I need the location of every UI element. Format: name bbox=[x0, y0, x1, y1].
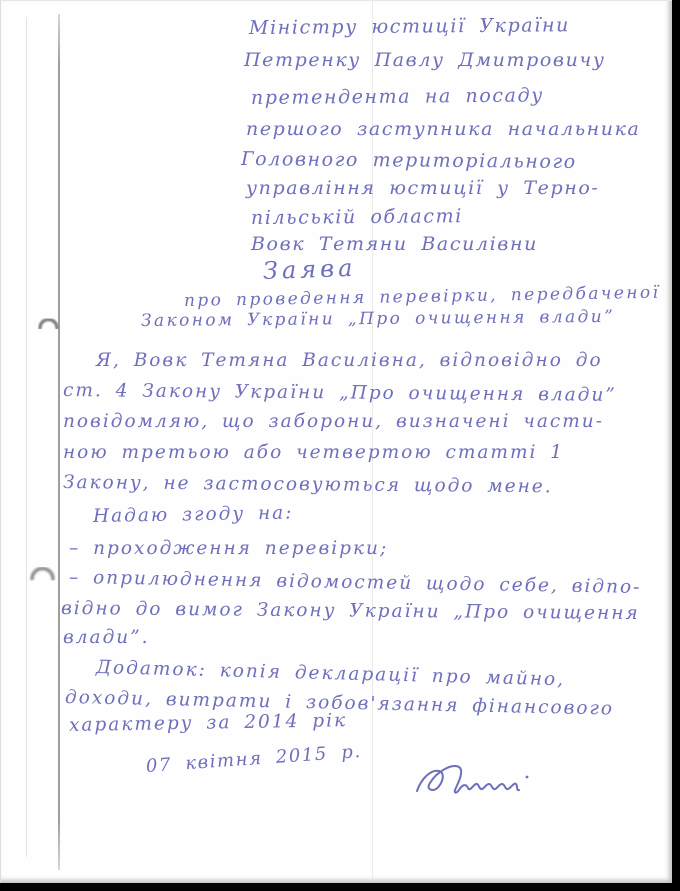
hole-punch-shadow-icon bbox=[37, 315, 61, 335]
handwritten-line: – оприлюднення відомостей щодо себе, від… bbox=[69, 567, 642, 598]
paper-sheet: Міністру юстиції України Петренку Павлу … bbox=[0, 0, 672, 883]
handwritten-line: Головного територіального bbox=[241, 148, 577, 173]
handwritten-line: відно до вимог Закону України „Про очище… bbox=[61, 598, 640, 624]
handwritten-line: Закону, не застосовуються щодо мене. bbox=[63, 472, 553, 497]
hole-punch-shadow-icon bbox=[29, 565, 57, 587]
handwritten-line: повідомляю, що заборони, визначені части… bbox=[63, 411, 604, 432]
handwritten-line: характеру за 2014 рік bbox=[69, 710, 347, 736]
handwritten-line: пільській області bbox=[251, 205, 463, 229]
handwritten-line: Міністру юстиції України bbox=[249, 14, 570, 39]
handwritten-line: – проходження перевірки; bbox=[69, 538, 388, 559]
handwritten-line: Законом України „Про очищення влади” bbox=[141, 307, 615, 331]
handwritten-line: Надаю згоду на: bbox=[93, 503, 294, 527]
document-title: Заява bbox=[263, 254, 357, 285]
margin-fold-line bbox=[58, 14, 60, 870]
handwritten-line: управління юстиції у Терно- bbox=[246, 177, 599, 199]
handwritten-line: Вовк Тетяни Василівни bbox=[251, 233, 538, 255]
handwritten-line: Петренку Павлу Дмитровичу bbox=[244, 49, 605, 71]
handwritten-line: влади”. bbox=[63, 627, 150, 648]
handwritten-line: Я, Вовк Тетяна Василівна, відповідно до bbox=[96, 350, 603, 371]
handwritten-line: ст. 4 Закону України „Про очищення влади… bbox=[63, 380, 617, 406]
date-line: 07 квітня 2015 р. bbox=[145, 741, 362, 777]
handwritten-line: першого заступника начальника bbox=[246, 118, 641, 140]
left-faint-fold-line bbox=[26, 17, 27, 857]
signature-icon bbox=[413, 757, 538, 816]
handwritten-line: претендента на посаду bbox=[251, 84, 544, 109]
handwritten-line: Додаток: копія декларації про майно, bbox=[96, 657, 566, 690]
handwritten-line: ною третьою або четвертою статті 1 bbox=[63, 442, 564, 463]
scanned-document: Міністру юстиції України Петренку Павлу … bbox=[0, 0, 680, 891]
